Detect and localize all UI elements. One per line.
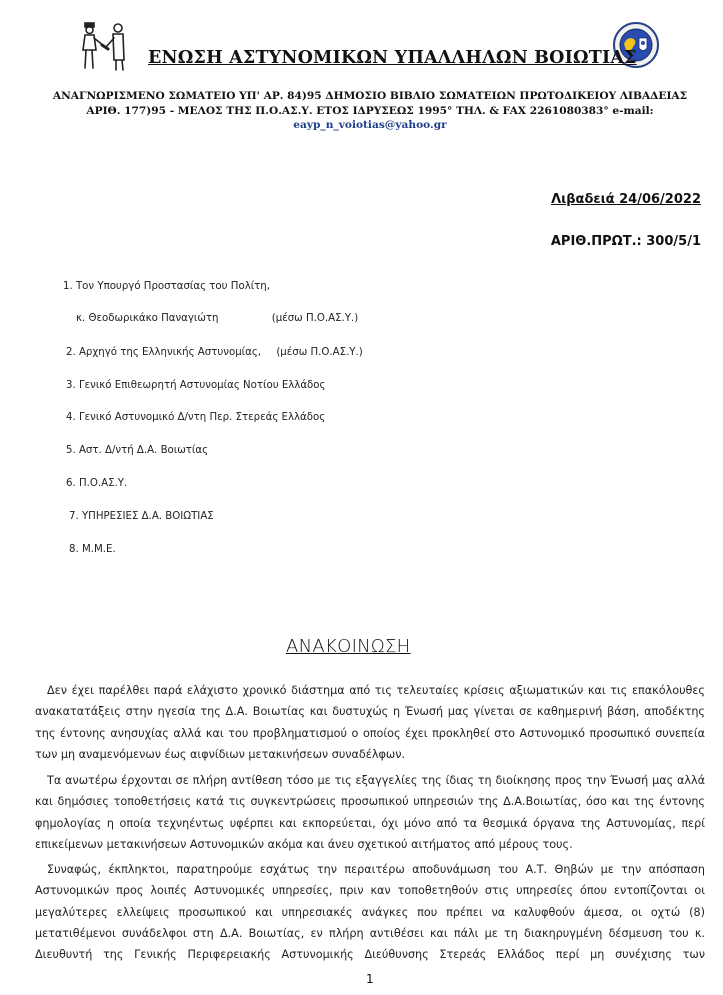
recipient-item: 1. Τον Υπουργό Προστασίας του Πολίτη, <box>63 281 270 292</box>
recipient-via: (μέσω Π.Ο.ΑΣ.Υ.) <box>276 347 362 358</box>
organization-info: ΑΝΑΓΝΩΡΙΣΜΕΝΟ ΣΩΜΑΤΕΙΟ ΥΠ' ΑΡ. 84)95 ΔΗΜ… <box>40 89 700 133</box>
announcement-paragraph: Συναφώς, έκπληκτοι, παρατηρούμε εσχάτως … <box>35 859 705 966</box>
recipient-item: 4. Γενικό Αστυνομικό Δ/ντη Περ. Στερεάς … <box>66 412 325 423</box>
handshake-logo-icon <box>76 20 134 72</box>
recipient-item: 5. Αστ. Δ/ντή Δ.Α. Βοιωτίας <box>66 445 208 456</box>
recipient-via: (μέσω Π.Ο.ΑΣ.Υ.) <box>272 313 358 324</box>
protocol-number: ΑΡΙΘ.ΠΡΩΤ.: 300/5/1 <box>551 234 701 249</box>
recipient-item: κ. Θεοδωρικάκο Παναγιώτη (μέσω Π.Ο.ΑΣ.Υ.… <box>76 313 358 324</box>
document-page: ΕΝΩΣΗ ΑΣΤΥΝΟΜΙΚΩΝ ΥΠΑΛΛΗΛΩΝ ΒΟΙΩΤΙΑΣ ΑΝΑ… <box>0 0 723 995</box>
recipient-text: 7. ΥΠΗΡΕΣΙΕΣ Δ.Α. ΒΟΙΩΤΙΑΣ <box>69 511 214 522</box>
recipient-text: κ. Θεοδωρικάκο Παναγιώτη <box>76 313 219 324</box>
recipient-item: 6. Π.Ο.ΑΣ.Υ. <box>66 478 127 489</box>
recipient-text: 8. Μ.Μ.Ε. <box>69 544 116 555</box>
registration-info: ΑΝΑΓΝΩΡΙΣΜΕΝΟ ΣΩΜΑΤΕΙΟ ΥΠ' ΑΡ. 84)95 ΔΗΜ… <box>40 89 700 104</box>
recipient-text: 1. Τον Υπουργό Προστασίας του Πολίτη, <box>63 281 270 292</box>
recipient-item: 2. Αρχηγό της Ελληνικής Αστυνομίας, (μέσ… <box>66 347 363 358</box>
recipient-text: 6. Π.Ο.ΑΣ.Υ. <box>66 478 127 489</box>
recipient-item: 8. Μ.Μ.Ε. <box>69 544 116 555</box>
email-link[interactable]: eayp_n_voiotias@yahoo.gr <box>40 118 700 133</box>
announcement-title: ΑΝΑΚΟΙΝΩΣΗ <box>286 636 411 657</box>
contact-info: ΑΡΙΘ. 177)95 - ΜΕΛΟΣ ΤΗΣ Π.Ο.ΑΣ.Υ. ΕΤΟΣ … <box>40 104 700 119</box>
recipient-item: 7. ΥΠΗΡΕΣΙΕΣ Δ.Α. ΒΟΙΩΤΙΑΣ <box>69 511 214 522</box>
announcement-paragraph: Δεν έχει παρέλθει παρά ελάχιστο χρονικό … <box>35 680 705 765</box>
recipient-item: 3. Γενικό Επιθεωρητή Αστυνομίας Νοτίου Ε… <box>66 380 326 391</box>
page-number: 1 <box>366 972 374 986</box>
recipient-text: 3. Γενικό Επιθεωρητή Αστυνομίας Νοτίου Ε… <box>66 380 326 391</box>
document-date: Λιβαδειά 24/06/2022 <box>551 192 701 207</box>
recipient-text: 5. Αστ. Δ/ντή Δ.Α. Βοιωτίας <box>66 445 208 456</box>
organization-title: ΕΝΩΣΗ ΑΣΤΥΝΟΜΙΚΩΝ ΥΠΑΛΛΗΛΩΝ ΒΟΙΩΤΙΑΣ <box>148 48 598 68</box>
recipient-text: 2. Αρχηγό της Ελληνικής Αστυνομίας, <box>66 347 261 358</box>
recipient-text: 4. Γενικό Αστυνομικό Δ/ντη Περ. Στερεάς … <box>66 412 325 423</box>
announcement-paragraph: Τα ανωτέρω έρχονται σε πλήρη αντίθεση τό… <box>35 770 705 855</box>
